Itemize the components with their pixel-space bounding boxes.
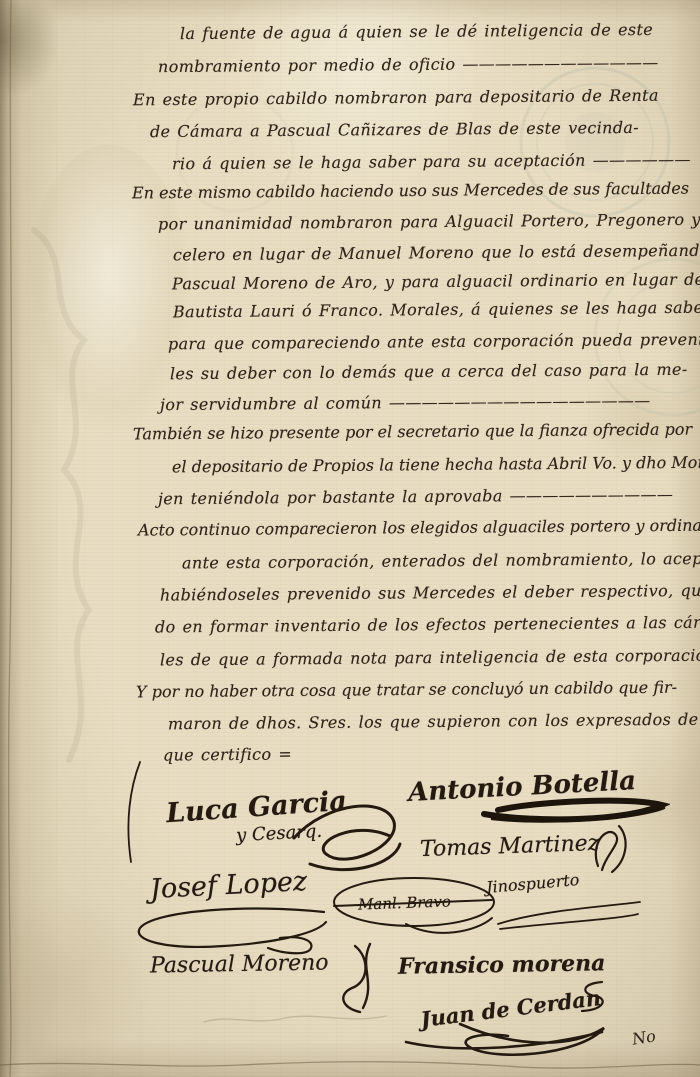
manuscript-line: Pascual Moreno de Aro, y para alguacil o… — [172, 270, 700, 294]
manuscript-line: el depositario de Propios la tiene hecha… — [172, 453, 700, 477]
manuscript-line: maron de dhos. Sres. los que supieron co… — [168, 710, 699, 734]
manuscript-body-text: la fuente de agua á quien se le dé intel… — [0, 0, 700, 1077]
manuscript-line: En este propio cabildo nombraron para de… — [133, 86, 659, 110]
manuscript-line: rio á quien se le haga saber para su ace… — [172, 150, 691, 174]
manuscript-line: nombramiento por medio de oficio ———————… — [158, 53, 659, 76]
manuscript-line: También se hizo presente por el secretar… — [133, 420, 692, 444]
signature-francisco-morena: Fransico morena — [398, 950, 606, 980]
manuscript-line: celero en lugar de Manuel Moreno que lo … — [173, 241, 700, 265]
catchword: No — [631, 1026, 657, 1048]
manuscript-line: jor servidumbre al común ———————————————… — [160, 391, 651, 414]
manuscript-line: jen teniéndola por bastante la aprovaba … — [158, 485, 673, 508]
signature-manuel-bravo: Manl. Bravo — [358, 892, 452, 913]
manuscript-line: En este mismo cabildo haciendo uso sus M… — [132, 179, 689, 203]
signature-pascual-moreno: Pascual Moreno — [150, 950, 329, 978]
manuscript-line: do en formar inventario de los efectos p… — [155, 613, 700, 637]
manuscript-line: ante esta corporación, enterados del nom… — [182, 549, 700, 573]
manuscript-line: Acto continuo comparecieron los elegidos… — [138, 515, 700, 539]
manuscript-line: Y por no haber otra cosa que tratar se c… — [136, 678, 677, 702]
signature-luca-garcia-line2: y Cesarq. — [236, 821, 323, 846]
manuscript-line: habiéndoseles prevenido sus Mercedes el … — [160, 580, 700, 604]
manuscript-line: les su deber con lo demás que a cerca de… — [170, 360, 688, 384]
manuscript-line: les de que a formada nota para inteligen… — [160, 646, 700, 670]
manuscript-line: Bautista Lauri ó Franco. Morales, á quie… — [173, 298, 700, 322]
manuscript-page-scan: la fuente de agua á quien se le dé intel… — [0, 0, 700, 1077]
manuscript-line: por unanimidad nombraron para Alguacil P… — [158, 209, 700, 233]
manuscript-line: para que compareciendo ante esta corpora… — [168, 330, 700, 354]
manuscript-line: de Cámara a Pascual Cañizares de Blas de… — [150, 118, 639, 141]
manuscript-line: la fuente de agua á quien se le dé intel… — [180, 20, 653, 43]
manuscript-line: que certifico = — [163, 744, 292, 764]
